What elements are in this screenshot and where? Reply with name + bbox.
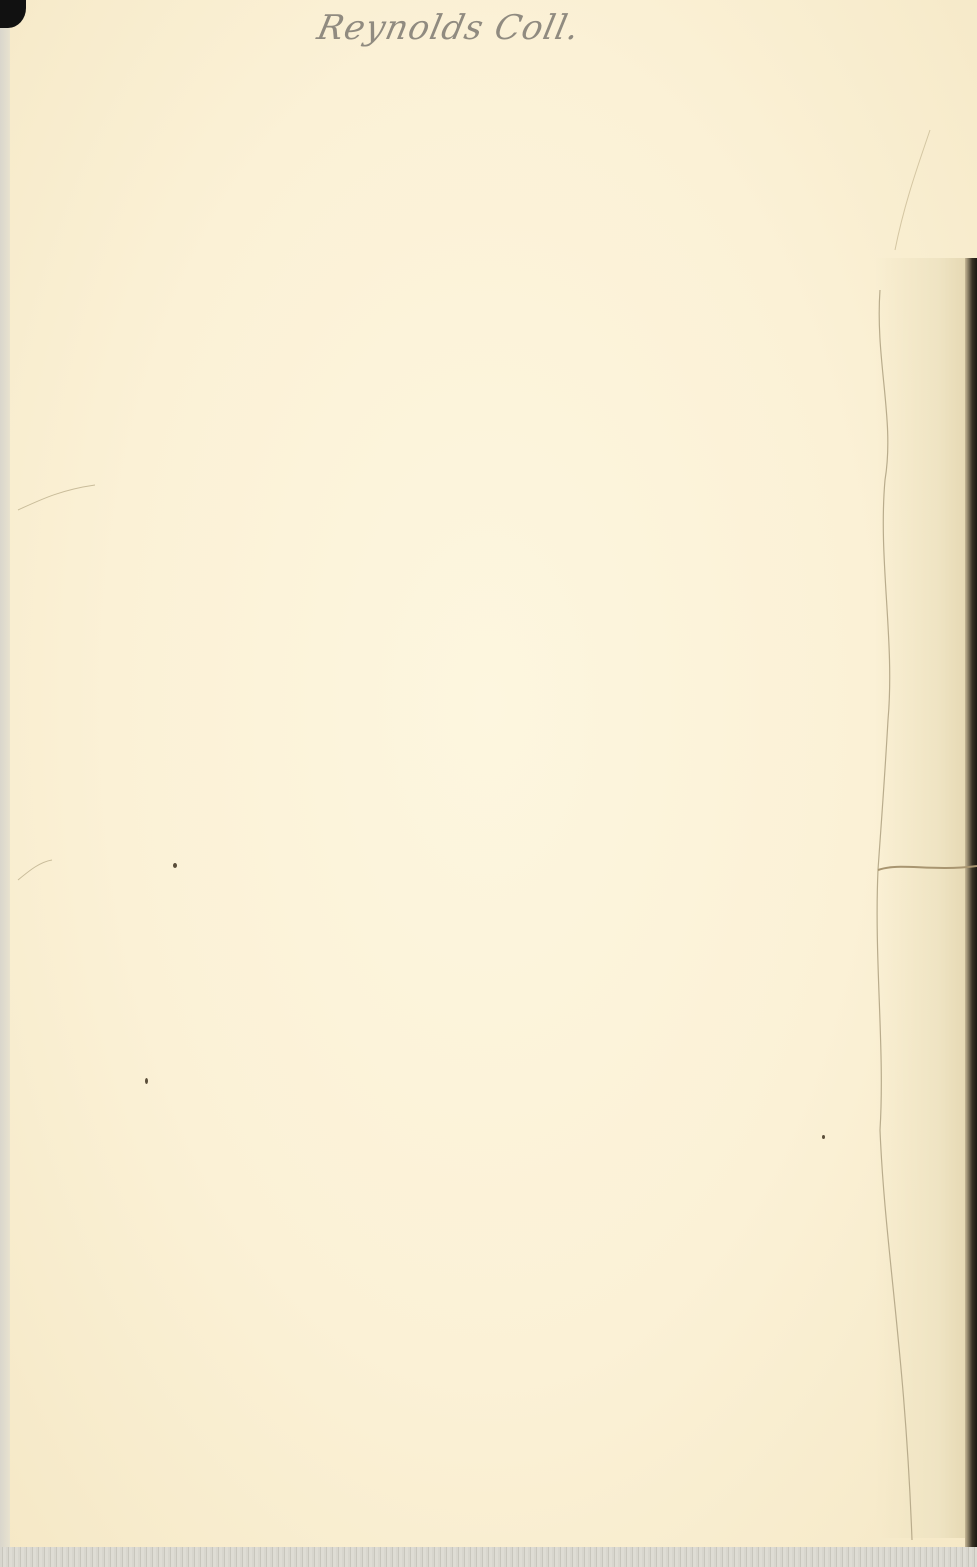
right-fold-shadow <box>875 258 965 1538</box>
paper-speck <box>173 863 177 868</box>
scanned-page: Reynolds Coll. <box>0 0 977 1567</box>
scanner-bed-strip <box>0 1547 977 1567</box>
handwritten-note: Reynolds Coll. <box>314 8 584 48</box>
left-spine-edge <box>0 0 10 1567</box>
dark-corner <box>0 0 26 28</box>
paper-tear-lines <box>0 0 977 1567</box>
right-spine-edge <box>965 258 977 1567</box>
paper-speck <box>145 1078 148 1084</box>
paper-speck <box>822 1135 825 1139</box>
